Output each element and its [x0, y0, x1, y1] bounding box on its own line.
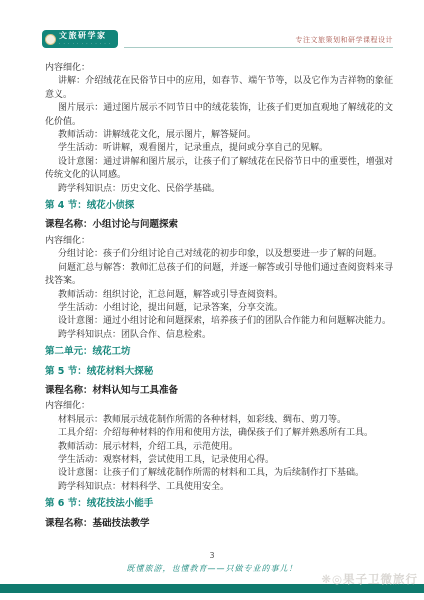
- flower-icon: ❋: [321, 572, 332, 586]
- content-item: 跨学科知识点：材料科学、工具使用安全。: [45, 481, 393, 494]
- content-item: 跨学科知识点：团队合作、信息检索。: [45, 329, 393, 342]
- content-item: 学生活动：观察材料，尝试使用工具，记录使用心得。: [45, 454, 393, 467]
- content-item: 设计意图：通过小组讨论和问题探索，培养孩子们的团队合作能力和问题解决能力。: [45, 315, 393, 328]
- section-heading: 第 5 节：绒花材料大探秘: [45, 362, 393, 381]
- at-circle-icon: ◎: [332, 572, 343, 586]
- content-item: 跨学科知识点：历史文化、民俗学基础。: [45, 183, 393, 196]
- content-item: 教师活动：讲解绒花文化，展示图片，解答疑问。: [45, 129, 393, 142]
- logo-subtext: · · · · · · · · · · · ·: [59, 42, 111, 46]
- logo-title: 文旅研学家: [59, 32, 111, 40]
- content-item: 问题汇总与解答：教师汇总孩子们的问题，并逐一解答或引导他们通过查阅资料来寻找答案…: [45, 262, 393, 289]
- page-header: 文旅研学家 · · · · · · · · · · · · 专注文旅策划和研学课…: [42, 30, 393, 48]
- content-item: 教师活动：组织讨论，汇总问题，解答或引导查阅资料。: [45, 289, 393, 302]
- content-item: 图片展示：通过图片展示不同节日中的绒花装饰，让孩子们更加直观地了解绒花的文化价值…: [45, 102, 393, 129]
- watermark-text: 果子卫微旅行: [343, 572, 418, 586]
- content-item: 讲解：介绍绒花在民俗节日中的应用，如春节、端午节等，以及它作为吉祥物的象征意义。: [45, 75, 393, 102]
- brand-logo: 文旅研学家 · · · · · · · · · · · ·: [42, 30, 118, 48]
- document-body: 内容细化：讲解：介绍绒花在民俗节日中的应用，如春节、端午节等，以及它作为吉祥物的…: [45, 62, 393, 533]
- section-heading: 第 6 节：绒花技法小能手: [45, 494, 393, 513]
- watermark: ❋◎果子卫微旅行: [321, 571, 418, 587]
- content-item: 学生活动：听讲解，观看图片，记录重点，提问或分享自己的见解。: [45, 142, 393, 155]
- content-label: 内容细化：: [45, 235, 393, 248]
- content-item: 教师活动：展示材料，介绍工具，示范使用。: [45, 441, 393, 454]
- content-item: 材料展示：教师展示绒花制作所需的各种材料，如彩线、绸布、剪刀等。: [45, 414, 393, 427]
- logo-emblem-icon: [45, 34, 56, 45]
- content-item: 设计意图：通过讲解和图片展示，让孩子们了解绒花在民俗节日中的重要性，增强对传统文…: [45, 156, 393, 183]
- header-divider: 专注文旅策划和研学课程设计: [124, 30, 393, 48]
- content-item: 工具介绍：介绍每种材料的作用和使用方法，确保孩子们了解并熟悉所有工具。: [45, 427, 393, 440]
- course-name-heading: 课程名称：材料认知与工具准备: [45, 381, 393, 400]
- logo-text: 文旅研学家 · · · · · · · · · · · ·: [59, 32, 111, 46]
- content-label: 内容细化：: [45, 400, 393, 413]
- content-item: 设计意图：让孩子们了解绒花制作所需的材料和工具，为后续制作打下基础。: [45, 467, 393, 480]
- course-name-heading: 课程名称：基础技法教学: [45, 514, 393, 533]
- content-item: 学生活动：小组讨论，提出问题，记录答案，分享交流。: [45, 302, 393, 315]
- content-item: 分组讨论：孩子们分组讨论自己对绒花的初步印象，以及想要进一步了解的问题。: [45, 248, 393, 261]
- section-heading: 第 4 节：绒花小侦探: [45, 196, 393, 215]
- course-name-heading: 课程名称：小组讨论与问题探索: [45, 215, 393, 234]
- page-number: 3: [0, 551, 424, 560]
- document-page: 文旅研学家 · · · · · · · · · · · · 专注文旅策划和研学课…: [0, 0, 424, 600]
- content-label: 内容细化：: [45, 62, 393, 75]
- header-tagline: 专注文旅策划和研学课程设计: [296, 35, 394, 45]
- unit-heading: 第二单元：绒花工坊: [45, 342, 393, 361]
